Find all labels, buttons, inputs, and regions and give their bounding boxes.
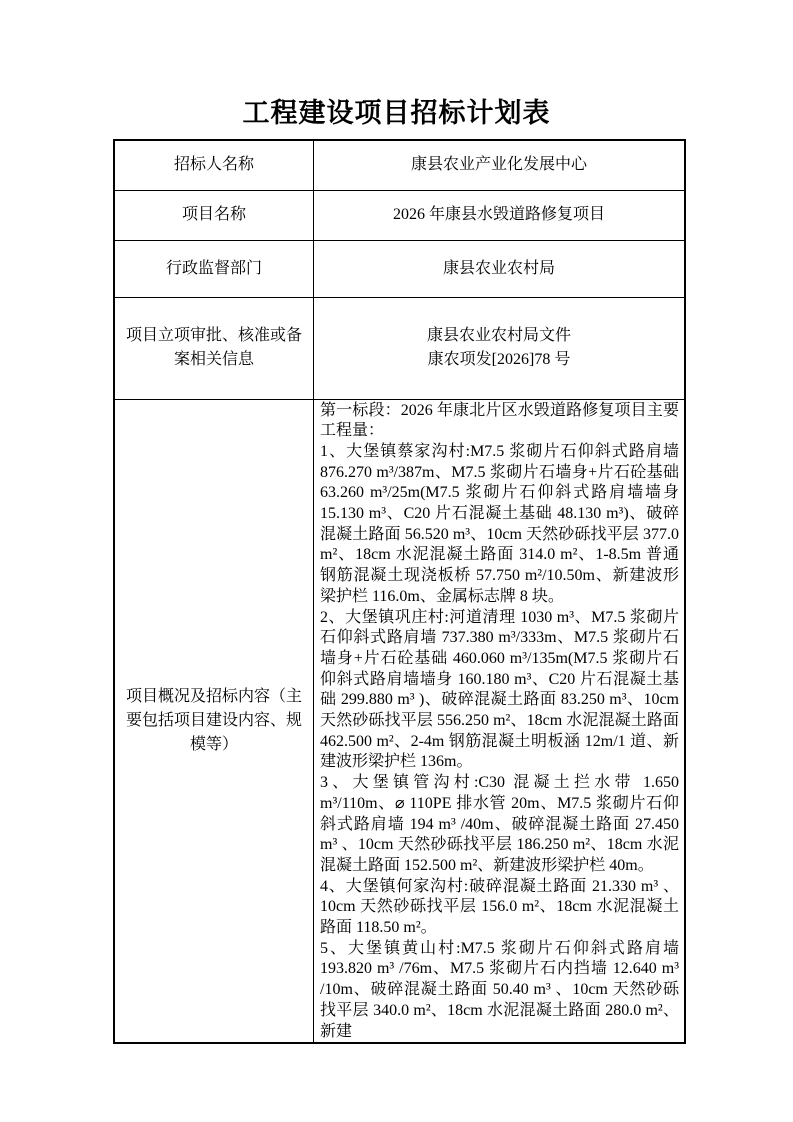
approval-info-value: 康县农业农村局文件 康农项发[2026]78 号 [314, 297, 686, 399]
scope-paragraph-village-1: 1、大堡镇蔡家沟村:M7.5 浆砌片石仰斜式路肩墙 876.270 m³/387… [320, 442, 679, 608]
document-title: 工程建设项目招标计划表 [0, 96, 793, 130]
scope-paragraph-section-header: 第一标段：2026 年康北片区水毁道路修复项目主要工程量： [320, 401, 679, 442]
supervision-dept-value: 康县农业农村局 [314, 240, 686, 297]
bidder-name-value: 康县农业产业化发展中心 [314, 140, 686, 190]
scope-paragraph-village-2: 2、大堡镇巩庄村:河道清理 1030 m³、M7.5 浆砌片石仰斜式路肩墙 73… [320, 608, 679, 774]
project-scope-value: 第一标段：2026 年康北片区水毁道路修复项目主要工程量： 1、大堡镇蔡家沟村:… [314, 399, 686, 1043]
table-row-project-name: 项目名称 2026 年康县水毁道路修复项目 [114, 190, 685, 240]
bidding-plan-table: 招标人名称 康县农业产业化发展中心 项目名称 2026 年康县水毁道路修复项目 … [113, 139, 686, 1044]
document-page: 工程建设项目招标计划表 招标人名称 康县农业产业化发展中心 项目名称 2026 … [0, 0, 793, 1122]
project-name-value: 2026 年康县水毁道路修复项目 [314, 190, 686, 240]
supervision-dept-label: 行政监督部门 [114, 240, 314, 297]
scope-paragraph-village-5: 5、大堡镇黄山村:M7.5 浆砌片石仰斜式路肩墙 193.820 m³ /76m… [320, 939, 679, 1043]
project-scope-label: 项目概况及招标内容（主要包括项目建设内容、规模等） [114, 399, 314, 1043]
table-row-approval-info: 项目立项审批、核准或备案相关信息 康县农业农村局文件 康农项发[2026]78 … [114, 297, 685, 399]
table-row-bidder: 招标人名称 康县农业产业化发展中心 [114, 140, 685, 190]
bidder-name-label: 招标人名称 [114, 140, 314, 190]
scope-paragraph-village-3: 3、大堡镇管沟村:C30 混凝土拦水带 1.650 m³/110m、⌀ 110P… [320, 773, 679, 877]
approval-info-label: 项目立项审批、核准或备案相关信息 [114, 297, 314, 399]
table-row-supervision-dept: 行政监督部门 康县农业农村局 [114, 240, 685, 297]
project-name-label: 项目名称 [114, 190, 314, 240]
scope-paragraph-village-4: 4、大堡镇何家沟村:破碎混凝土路面 21.330 m³ 、10cm 天然砂砾找平… [320, 877, 679, 939]
table-row-project-scope: 项目概况及招标内容（主要包括项目建设内容、规模等） 第一标段：2026 年康北片… [114, 399, 685, 1043]
